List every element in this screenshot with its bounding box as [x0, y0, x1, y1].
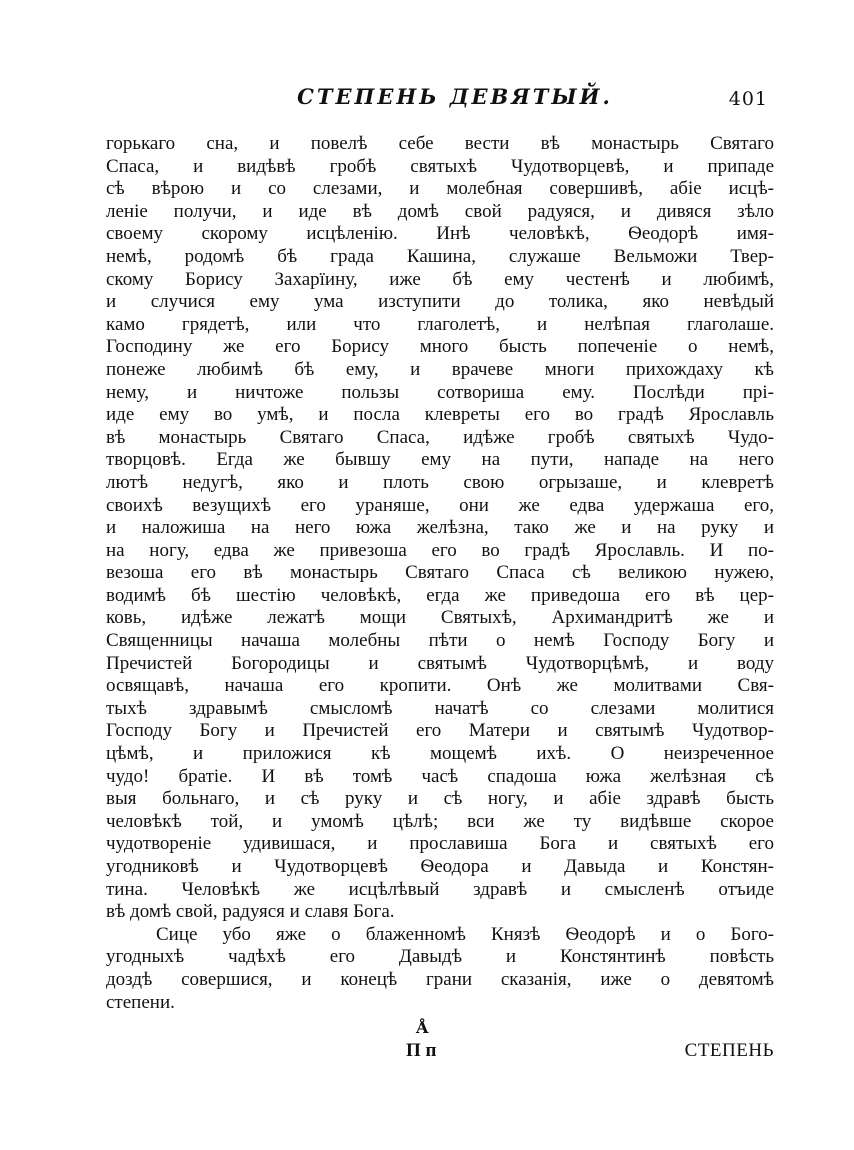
text-line: Господу Богу и Пречистей его Матери и св… [106, 720, 774, 743]
paragraph-start-line: Сице убо яже о блаженномѣ Князѣ Ѳеодорѣ … [106, 924, 774, 947]
text-line: Пречистей Богородицы и святымѣ Чудотворц… [106, 653, 774, 676]
signature-mark: П п [406, 1040, 436, 1062]
running-head: СТЕПЕНЬ ДЕВЯТЫЙ. 401 [100, 84, 780, 114]
page-number: 401 [729, 88, 768, 110]
text-line: своихѣ везущихѣ его ураняше, они же едва… [106, 495, 774, 518]
text-line: вѣ монастырь Святаго Спаса, идѣже гробѣ … [106, 427, 774, 450]
text-line: чудотвореніе удивишася, и прославиша Бог… [106, 833, 774, 856]
text-line: вѣ домѣ свой, радуяся и славя Бога. [106, 901, 774, 924]
text-line: понеже любимѣ бѣ ему, и врачеве многи пр… [106, 359, 774, 382]
text-line: и наложиша на него южа желѣзна, тако же … [106, 517, 774, 540]
text-line: угодниковѣ и Чудотворцевѣ Ѳеодора и Давы… [106, 856, 774, 879]
body-text: горькаго сна, и повелѣ себе вести вѣ мон… [106, 133, 774, 1014]
text-line: цѣмѣ, и приложися кѣ мощемѣ ихѣ. О неизр… [106, 743, 774, 766]
text-line: доздѣ совершися, и конецѣ грани сказанія… [106, 969, 774, 992]
text-line: степени. [106, 992, 774, 1015]
text-line: Господину же его Борису много бысть попе… [106, 336, 774, 359]
text-line: освящавѣ, начаша его кропити. Онѣ же мол… [106, 675, 774, 698]
text-line: Спаса, и видѣвѣ гробѣ святыхѣ Чудотворце… [106, 156, 774, 179]
text-line: творцовѣ. Егда же бывшу ему на пути, нап… [106, 449, 774, 472]
text-line: скому Борису Захарїину, иже бѣ ему честе… [106, 269, 774, 292]
text-line: водимѣ бѣ шестію человѣкѣ, егда же приве… [106, 585, 774, 608]
text-line: и случися ему ума изступити до толика, я… [106, 291, 774, 314]
text-line: Священницы начаша молебны пѣти о немѣ Го… [106, 630, 774, 653]
text-line: тина. Человѣкѣ же исцѣлѣвый здравѣ и смы… [106, 879, 774, 902]
text-line: нему, и ничтоже пользы сотвориша ему. По… [106, 382, 774, 405]
text-line: горькаго сна, и повелѣ себе вести вѣ мон… [106, 133, 774, 156]
catchword: СТЕПЕНЬ [685, 1040, 774, 1062]
text-line: человѣкѣ той, и умомѣ цѣлѣ; вси же ту ви… [106, 811, 774, 834]
text-line: на ногу, едва же привезоша его во градѣ … [106, 540, 774, 563]
running-title: СТЕПЕНЬ ДЕВЯТЫЙ. [100, 84, 780, 109]
text-line: немѣ, родомѣ бѣ града Кашина, служаше Ве… [106, 246, 774, 269]
text-line: выя больнаго, и сѣ руку и сѣ ногу, и абі… [106, 788, 774, 811]
text-line: леніе получи, и иде вѣ домѣ свой радуяся… [106, 201, 774, 224]
text-line: чудо! братіе. И вѣ томѣ часѣ спадоша южа… [106, 766, 774, 789]
text-line: сѣ вѣрою и со слезами, и молебная соверш… [106, 178, 774, 201]
ornament-icon: Å [416, 1018, 428, 1037]
text-line: тыхѣ здравымѣ смысломѣ начатѣ со слезами… [106, 698, 774, 721]
text-line: своему скорому исцѣленію. Инѣ человѣкѣ, … [106, 223, 774, 246]
book-page: СТЕПЕНЬ ДЕВЯТЫЙ. 401 горькаго сна, и пов… [0, 0, 854, 1150]
text-line: камо грядетѣ, или что глаголетѣ, и нелѣп… [106, 314, 774, 337]
text-line: иде ему во умѣ, и посла клевреты его во … [106, 404, 774, 427]
text-line: угодныхѣ чадѣхѣ его Давыдѣ и Констянтинѣ… [106, 946, 774, 969]
text-line: везоша его вѣ монастырь Святаго Спаса сѣ… [106, 562, 774, 585]
text-line: ковь, идѣже лежатѣ мощи Святыхѣ, Архиман… [106, 607, 774, 630]
text-line: лютѣ недугѣ, яко и плоть свою огрызаше, … [106, 472, 774, 495]
page-footer: Å П п СТЕПЕНЬ [106, 1018, 774, 1078]
